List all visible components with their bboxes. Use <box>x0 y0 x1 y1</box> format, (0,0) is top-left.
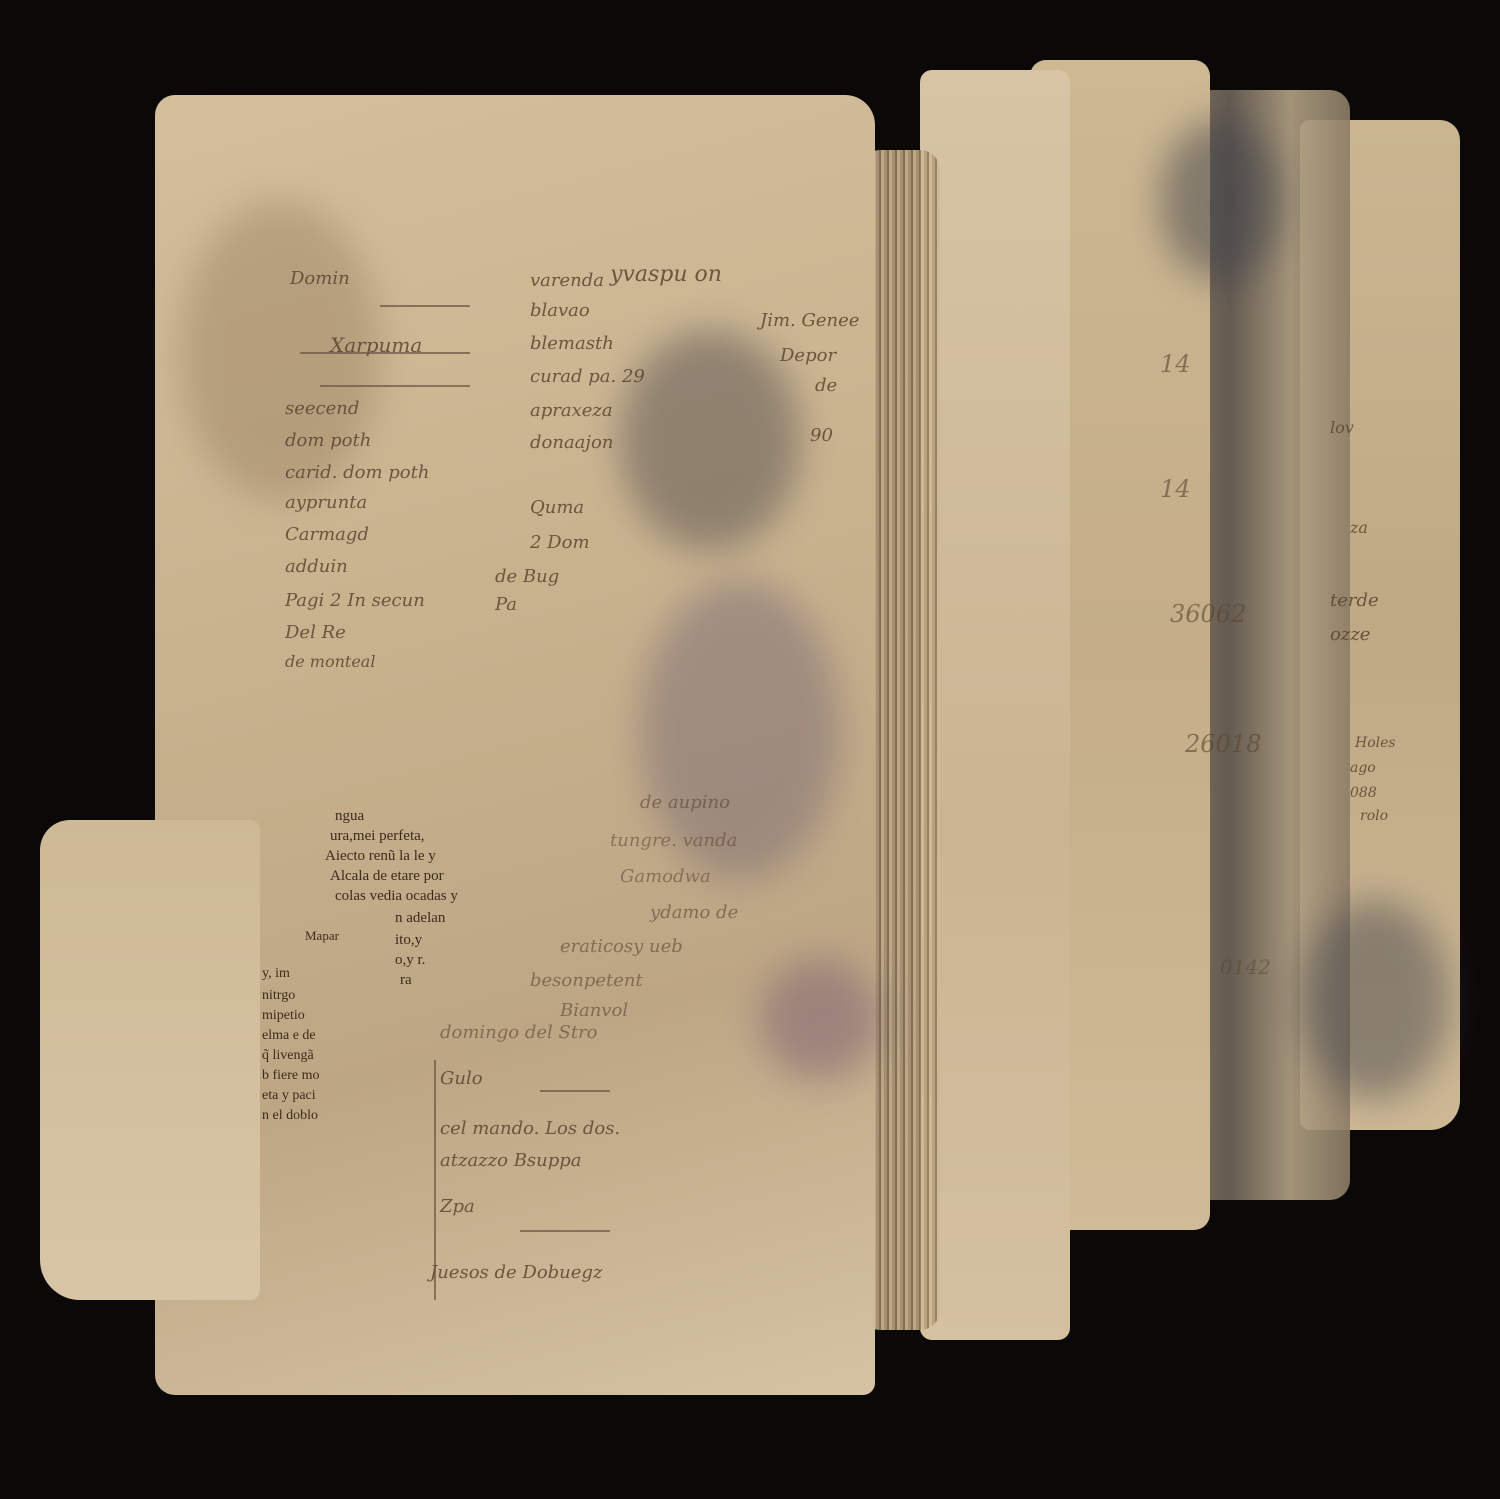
photo-scene: Domin Xarpuma seecend dom poth carid. do… <box>0 0 1500 1499</box>
ledger-rule <box>520 1230 610 1232</box>
mold-stain <box>1160 120 1280 280</box>
ledger-rule <box>540 1090 610 1092</box>
torn-fragment <box>40 820 260 1300</box>
mold-stain-2 <box>1300 900 1450 1100</box>
ledger-rule <box>300 352 470 354</box>
margin-line <box>434 1060 436 1300</box>
dark-stain <box>620 330 800 550</box>
ledger-rule <box>380 305 470 307</box>
middle-page <box>920 70 1070 1340</box>
purple-stain-2 <box>760 960 880 1080</box>
ledger-rule <box>320 385 470 387</box>
